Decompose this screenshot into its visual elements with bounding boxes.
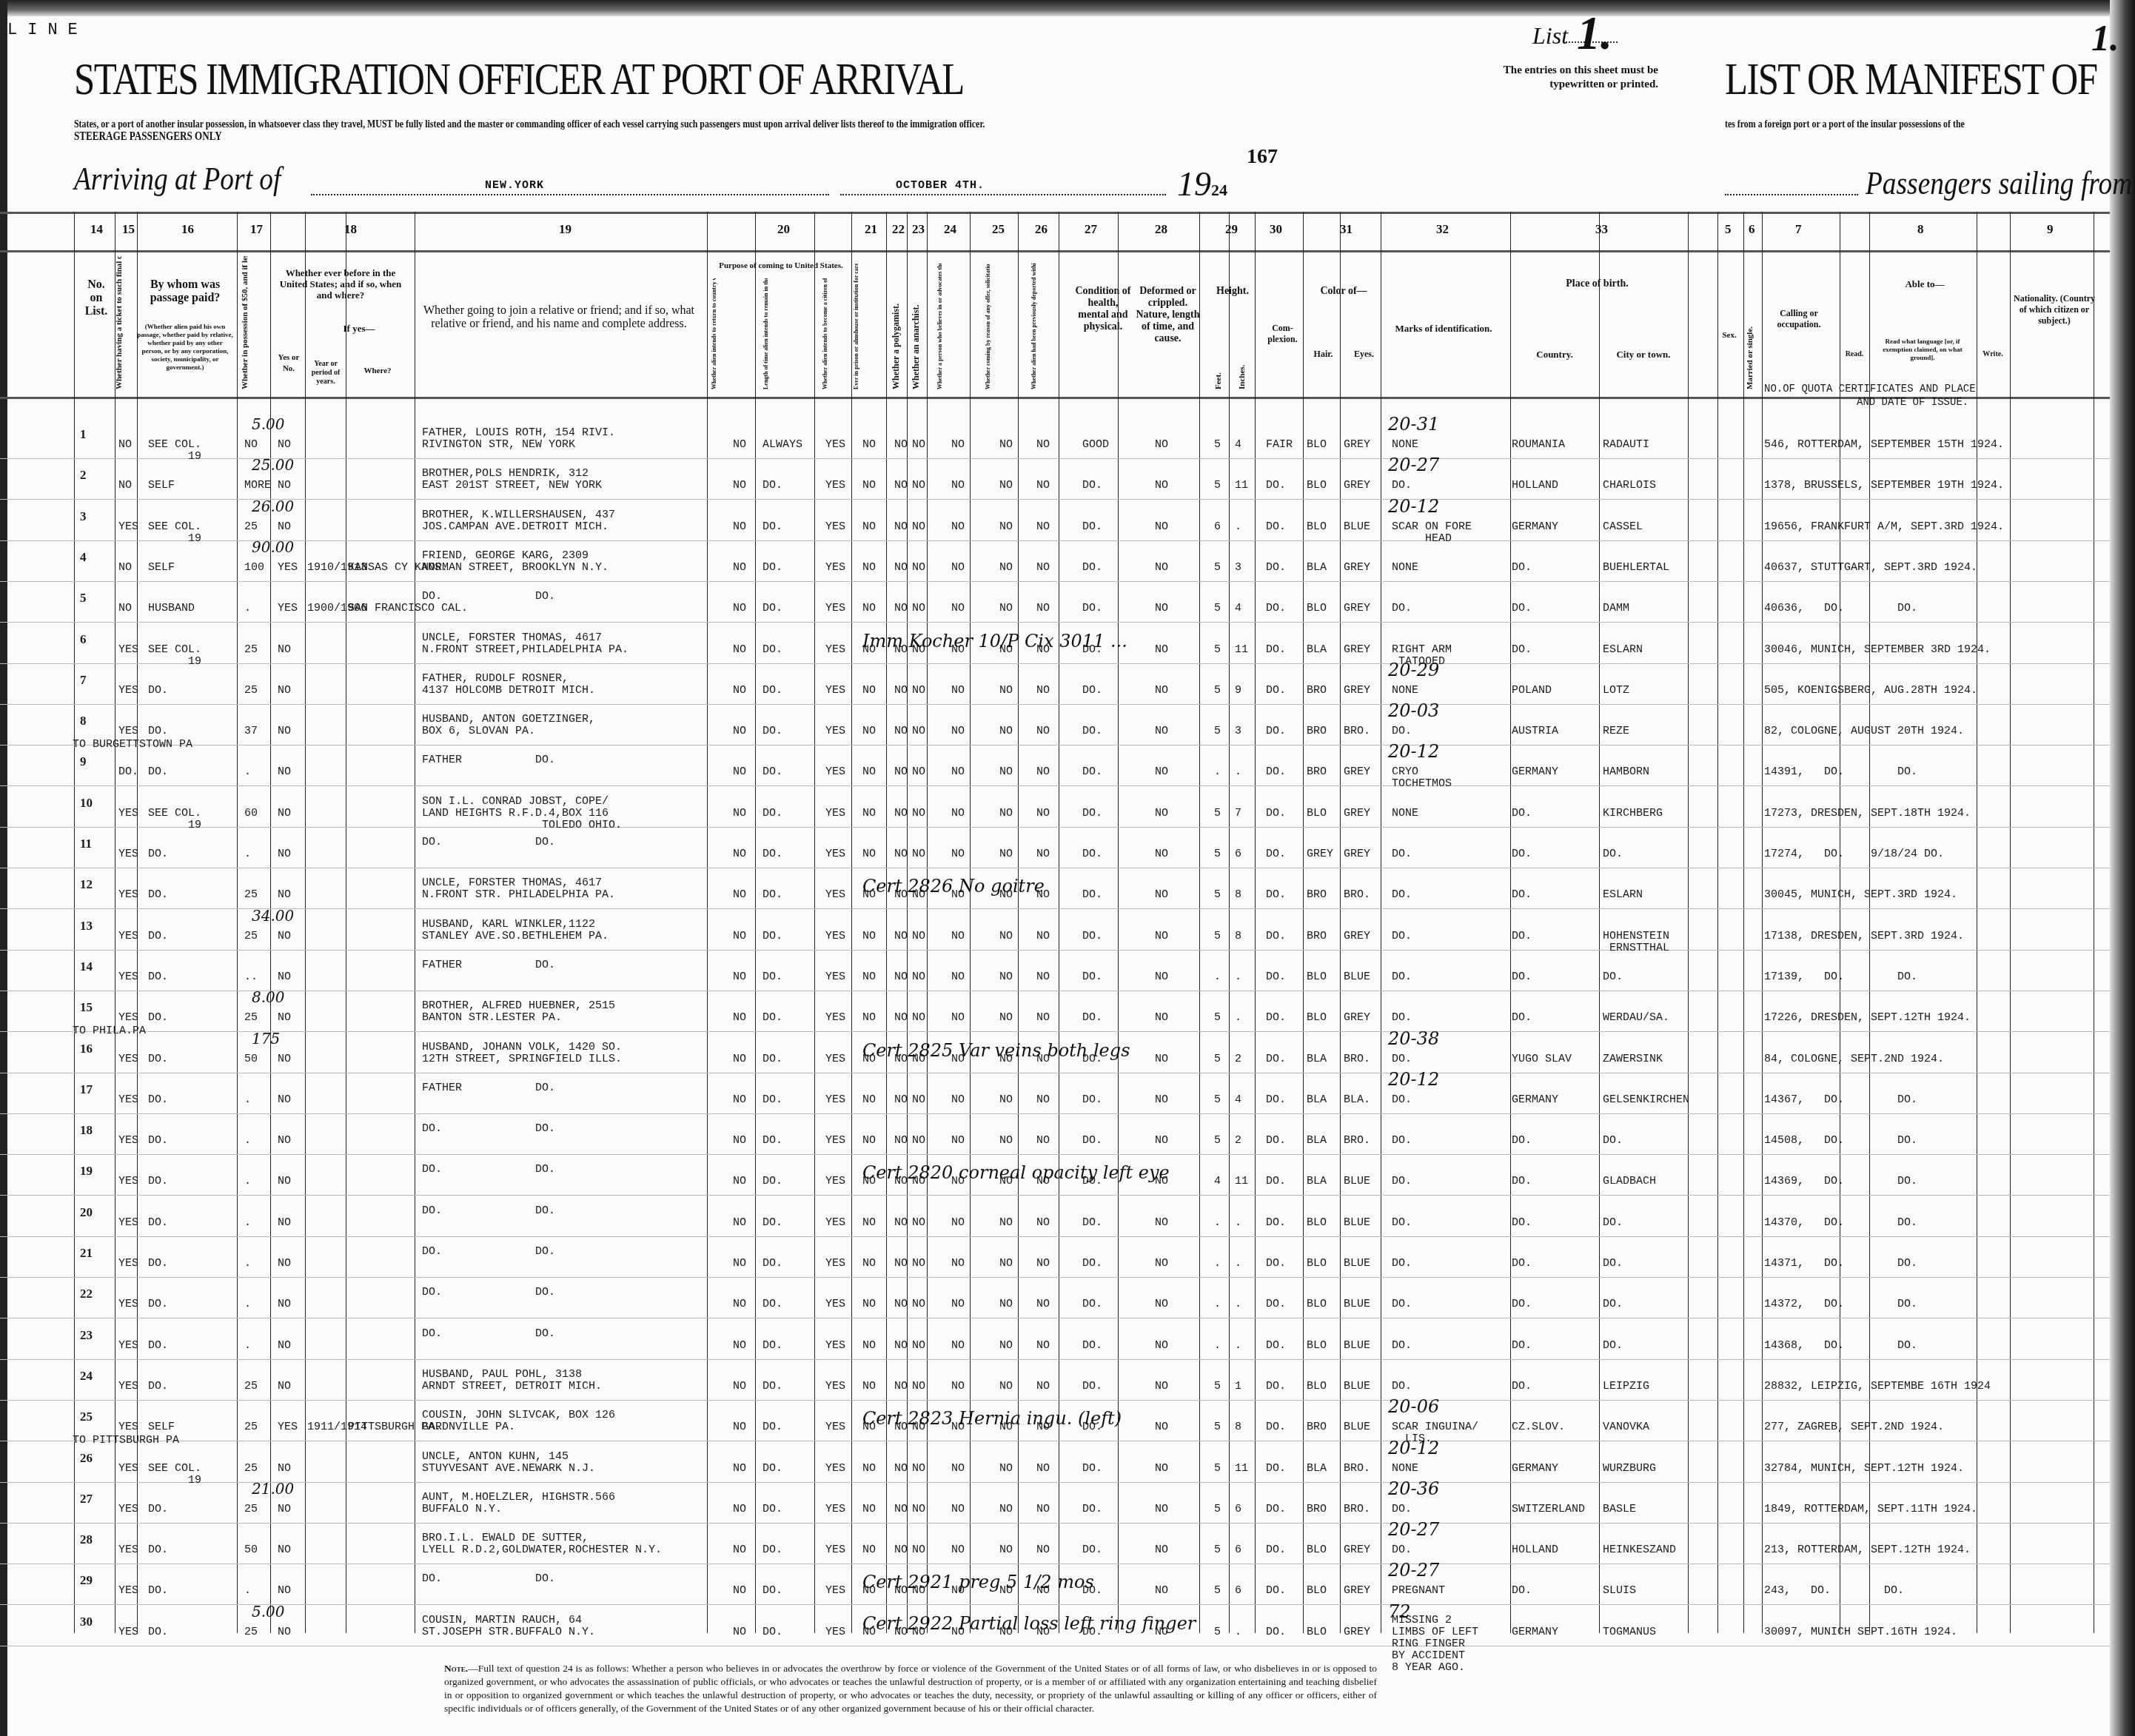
cell-c21: NO bbox=[862, 1258, 876, 1270]
cell-money: 60 bbox=[244, 808, 258, 820]
row-rule bbox=[0, 663, 2110, 664]
cell-city: DO. bbox=[1603, 1298, 1623, 1310]
cell-relative: UNCLE, ANTON KUHN, 145 STUYVESANT AVE.NE… bbox=[422, 1451, 595, 1475]
cell-ticket: YES bbox=[118, 1176, 138, 1187]
cell-quota: 84, COLOGNE, SEPT.2ND 1924. bbox=[1764, 1053, 1944, 1065]
column-number: 24 bbox=[944, 222, 956, 237]
cell-health: DO. bbox=[1082, 1504, 1102, 1515]
cell-c24: NO bbox=[951, 848, 965, 860]
cell-c21: NO bbox=[862, 685, 876, 697]
cell-ticket: YES bbox=[118, 971, 138, 983]
header-col24: Whether a person who believes in or advo… bbox=[936, 264, 966, 389]
cell-c22: NO bbox=[894, 603, 908, 614]
cell-c23: NO bbox=[912, 766, 925, 778]
cell-c24: NO bbox=[951, 1381, 965, 1393]
cell-in: 4 bbox=[1235, 603, 1241, 614]
cell-marks: DO. bbox=[1392, 1298, 1412, 1310]
cell-money: 25 bbox=[244, 521, 258, 533]
cell-c24: NO bbox=[951, 808, 965, 820]
cell-c20a: NO bbox=[733, 1217, 746, 1229]
cell-c20a: NO bbox=[733, 1258, 746, 1270]
cell-deformed: NO bbox=[1155, 644, 1168, 656]
cell-c20b: DO. bbox=[762, 1585, 782, 1597]
cell-ever: NO bbox=[278, 1626, 291, 1638]
cell-city: CASSEL bbox=[1603, 521, 1643, 533]
row-rule bbox=[0, 622, 2110, 623]
cell-c26: NO bbox=[1036, 1012, 1050, 1024]
header-by-whom-note: (Whether alien paid his own passage, whe… bbox=[137, 323, 233, 372]
column-number: 17 bbox=[250, 222, 263, 237]
cell-c20b: DO. bbox=[762, 1421, 782, 1433]
cell-ever: NO bbox=[278, 1298, 291, 1310]
table-row: 29YESDO..NODO. DO.NODO.YESNONONONONONODO… bbox=[0, 1569, 2110, 1609]
cell-relative: DO. DO. bbox=[422, 1328, 555, 1340]
cell-in: 11 bbox=[1235, 644, 1248, 656]
cell-marks: NONE bbox=[1392, 1463, 1418, 1475]
header-yes-no: Yes or No. bbox=[275, 352, 302, 375]
cell-eyes: BLUE bbox=[1344, 1217, 1370, 1229]
cell-c22: NO bbox=[894, 480, 908, 492]
cell-c20a: NO bbox=[733, 1544, 746, 1556]
cell-ft: 5 bbox=[1214, 1544, 1221, 1556]
header-no-on-list: No. on List. bbox=[81, 278, 111, 318]
header-col20a: Whether alien intends to return to count… bbox=[711, 278, 740, 389]
column-number: 23 bbox=[912, 222, 925, 237]
cell-quota: 1849, ROTTERDAM, SEPT.11TH 1924. bbox=[1764, 1504, 1977, 1515]
cell-country: GERMANY bbox=[1512, 521, 1558, 533]
cell-city: SLUIS bbox=[1603, 1585, 1636, 1597]
cell-hair: BRO bbox=[1307, 931, 1327, 942]
cell-c25: NO bbox=[999, 1381, 1013, 1393]
cell-complexion: DO. bbox=[1266, 1381, 1286, 1393]
cell-deformed: NO bbox=[1155, 685, 1168, 697]
column-number: 27 bbox=[1085, 222, 1097, 237]
cell-quota: 30046, MUNICH, SEPTEMBER 3RD 1924. bbox=[1764, 644, 1991, 656]
cell-marks: NONE bbox=[1392, 439, 1418, 451]
column-number: 15 bbox=[122, 222, 135, 237]
header-col21: Ever in prison or almshouse or instituti… bbox=[853, 264, 875, 389]
cell-c22: NO bbox=[894, 562, 908, 574]
header-col26: Whether alien had been previously deport… bbox=[1030, 264, 1045, 389]
cell-health: DO. bbox=[1082, 1012, 1102, 1024]
row-number: 18 bbox=[80, 1125, 93, 1136]
cell-ticket: YES bbox=[118, 808, 138, 820]
cell-quota: 30097, MUNICH SEPT.16TH 1924. bbox=[1764, 1626, 1957, 1638]
cell-c23: NO bbox=[912, 1298, 925, 1310]
row-rule bbox=[0, 1523, 2110, 1524]
cell-c26: NO bbox=[1036, 931, 1050, 942]
cell-hair: BLO bbox=[1307, 1381, 1327, 1393]
cell-complexion: DO. bbox=[1266, 521, 1286, 533]
manifest-table: No. on List. Whether having a ticket to … bbox=[0, 212, 2110, 1633]
cell-c23: NO bbox=[912, 521, 925, 533]
cell-hair: BLA bbox=[1307, 562, 1327, 574]
cell-c20a: NO bbox=[733, 1012, 746, 1024]
cell-c23: NO bbox=[912, 1094, 925, 1106]
cell-c26: NO bbox=[1036, 725, 1050, 737]
cell-c26: NO bbox=[1036, 1381, 1050, 1393]
cell-ft: 4 bbox=[1214, 1176, 1221, 1187]
cell-country: DO. bbox=[1512, 971, 1532, 983]
cell-c26: NO bbox=[1036, 603, 1050, 614]
cell-relative: COUSIN, JOHN SLIVCAK, BOX 126 GARDNVILLE… bbox=[422, 1410, 615, 1433]
cell-hair: BRO bbox=[1307, 889, 1327, 901]
cell-money: . bbox=[244, 1135, 251, 1147]
table-row: 7YESDO.25NOFATHER, RUDOLF ROSNER, 4137 H… bbox=[0, 668, 2110, 709]
cell-marks: DO. bbox=[1392, 1504, 1412, 1515]
cell-deformed: NO bbox=[1155, 603, 1168, 614]
cell-country: DO. bbox=[1512, 644, 1532, 656]
handwritten-money: 25.00 bbox=[252, 456, 294, 474]
row-number: 10 bbox=[80, 797, 93, 809]
cell-country: GERMANY bbox=[1512, 1463, 1558, 1475]
cell-c20a: NO bbox=[733, 848, 746, 860]
cell-c20c: YES bbox=[825, 644, 845, 656]
cell-ever: NO bbox=[278, 1340, 291, 1352]
cell-country: POLAND bbox=[1512, 685, 1552, 697]
cell-hair: BLO bbox=[1307, 1544, 1327, 1556]
header-read-what: Read what language [or, if exemption cla… bbox=[1871, 338, 1974, 362]
cell-ever: NO bbox=[278, 1053, 291, 1065]
column-number: 14 bbox=[90, 222, 103, 237]
cell-deformed: NO bbox=[1155, 480, 1168, 492]
cell-c20a: NO bbox=[733, 971, 746, 983]
cell-marks: DO. bbox=[1392, 1176, 1412, 1187]
cell-c24: NO bbox=[951, 971, 965, 983]
cell-eyes: GREY bbox=[1344, 644, 1370, 656]
cell-deformed: NO bbox=[1155, 971, 1168, 983]
date-line bbox=[840, 194, 1166, 195]
cell-quota: 1378, BRUSSELS, SEPTEMBER 19TH 1924. bbox=[1764, 480, 2004, 492]
cell-money: 25 bbox=[244, 931, 258, 942]
cell-country: DO. bbox=[1512, 1217, 1532, 1229]
cell-hair: BLO bbox=[1307, 1217, 1327, 1229]
cell-in: 2 bbox=[1235, 1053, 1241, 1065]
cell-health: DO. bbox=[1082, 971, 1102, 983]
cell-c22: NO bbox=[894, 766, 908, 778]
cell-health: DO. bbox=[1082, 562, 1102, 574]
cell-deformed: NO bbox=[1155, 766, 1168, 778]
cell-hair: GREY bbox=[1307, 848, 1333, 860]
cell-c25: NO bbox=[999, 1135, 1013, 1147]
cell-complexion: DO. bbox=[1266, 1298, 1286, 1310]
cell-complexion: DO. bbox=[1266, 848, 1286, 860]
cell-c22: NO bbox=[894, 439, 908, 451]
cell-c21: NO bbox=[862, 1217, 876, 1229]
cell-country: DO. bbox=[1512, 931, 1532, 942]
cell-c23: NO bbox=[912, 480, 925, 492]
cell-ticket: YES bbox=[118, 1544, 138, 1556]
cell-country: DO. bbox=[1512, 1012, 1532, 1024]
cell-ticket: YES bbox=[118, 1504, 138, 1515]
cell-c22: NO bbox=[894, 971, 908, 983]
arriving-label: Arriving at Port of bbox=[74, 160, 281, 198]
scan-edge-right bbox=[2110, 0, 2135, 1736]
handwritten-mark-code: 20-12 bbox=[1388, 741, 1439, 762]
cell-eyes: BLUE bbox=[1344, 1340, 1370, 1352]
table-row: 25YESSELF25YES1911/1914PITTSBURGH PA.COU… bbox=[0, 1405, 2110, 1446]
column-number: 20 bbox=[777, 222, 790, 237]
row-rule bbox=[0, 1400, 2110, 1401]
cell-c20b: DO. bbox=[762, 971, 782, 983]
cell-in: . bbox=[1235, 1298, 1241, 1310]
cell-deformed: NO bbox=[1155, 1544, 1168, 1556]
cell-ft: . bbox=[1214, 1298, 1221, 1310]
cell-in: 1 bbox=[1235, 1381, 1241, 1393]
cell-c20b: DO. bbox=[762, 808, 782, 820]
cell-eyes: GREY bbox=[1344, 439, 1370, 451]
cell-ft: 5 bbox=[1214, 603, 1221, 614]
header-col20b: Length of time alien intends to remain i… bbox=[762, 278, 780, 389]
cell-quota: 82, COLOGNE, AUGUST 20TH 1924. bbox=[1764, 725, 1964, 737]
cell-complexion: DO. bbox=[1266, 685, 1286, 697]
cell-c20a: NO bbox=[733, 808, 746, 820]
cell-paid: DO. bbox=[148, 685, 168, 697]
cell-c20c: YES bbox=[825, 1135, 845, 1147]
row-number: 27 bbox=[80, 1493, 93, 1505]
cell-c25: NO bbox=[999, 848, 1013, 860]
handwritten-mark-code: 20-29 bbox=[1388, 660, 1439, 680]
cell-ever: NO bbox=[278, 1258, 291, 1270]
cell-eyes: GREY bbox=[1344, 603, 1370, 614]
cell-complexion: DO. bbox=[1266, 931, 1286, 942]
cell-c20b: DO. bbox=[762, 1544, 782, 1556]
cell-eyes: BRO. bbox=[1344, 1053, 1370, 1065]
cell-c20c: YES bbox=[825, 1626, 845, 1638]
cell-c20b: DO. bbox=[762, 1340, 782, 1352]
cell-in: 8 bbox=[1235, 889, 1241, 901]
column-number: 5 bbox=[1725, 222, 1732, 237]
cell-health: DO. bbox=[1082, 1258, 1102, 1270]
row-rule bbox=[0, 1441, 2110, 1441]
cell-hair: BLO bbox=[1307, 1258, 1327, 1270]
cell-country: DO. bbox=[1512, 1298, 1532, 1310]
row-number: 19 bbox=[80, 1165, 93, 1177]
handwritten-mark-code: 20-27 bbox=[1388, 455, 1439, 475]
cell-ever: NO bbox=[278, 521, 291, 533]
cell-eyes: BLUE bbox=[1344, 1298, 1370, 1310]
cell-health: DO. bbox=[1082, 603, 1102, 614]
cell-city: BUEHLERTAL bbox=[1603, 562, 1669, 574]
cell-c24: NO bbox=[951, 1094, 965, 1106]
cell-c23: NO bbox=[912, 1258, 925, 1270]
cell-c24: NO bbox=[951, 725, 965, 737]
cell-complexion: DO. bbox=[1266, 725, 1286, 737]
cell-relative: FATHER, LOUIS ROTH, 154 RIVI. RIVINGTON … bbox=[422, 427, 615, 451]
row-rule bbox=[0, 499, 2110, 500]
cell-paid: DO. bbox=[148, 1504, 168, 1515]
cell-c26: NO bbox=[1036, 766, 1050, 778]
cell-c21: NO bbox=[862, 1544, 876, 1556]
cell-complexion: DO. bbox=[1266, 1135, 1286, 1147]
cell-c25: NO bbox=[999, 562, 1013, 574]
cell-c23: NO bbox=[912, 1544, 925, 1556]
cell-city: CHARLOIS bbox=[1603, 480, 1656, 492]
cell-paid: DO. bbox=[148, 1135, 168, 1147]
cell-ft: 5 bbox=[1214, 889, 1221, 901]
header-eyes: Eyes. bbox=[1344, 349, 1384, 360]
sailing-label: Passengers sailing from bbox=[1866, 164, 2132, 202]
cell-ft: 5 bbox=[1214, 1585, 1221, 1597]
scan-edge-top bbox=[0, 0, 2135, 16]
cell-in: . bbox=[1235, 521, 1241, 533]
cell-paid: DO. bbox=[148, 725, 168, 737]
cell-ticket: YES bbox=[118, 1135, 138, 1147]
cell-health: GOOD bbox=[1082, 439, 1109, 451]
cell-in: 11 bbox=[1235, 1176, 1248, 1187]
cell-c24: NO bbox=[951, 439, 965, 451]
cell-c23: NO bbox=[912, 1340, 925, 1352]
cell-deformed: NO bbox=[1155, 1217, 1168, 1229]
cell-in: 4 bbox=[1235, 1094, 1241, 1106]
cell-money: 25 bbox=[244, 1421, 258, 1433]
cell-health: DO. bbox=[1082, 1381, 1102, 1393]
handwritten-medical-note: Imm Kocher 10/P Cix 3011 ... bbox=[862, 631, 1127, 651]
cell-complexion: DO. bbox=[1266, 480, 1286, 492]
cell-c22: NO bbox=[894, 1217, 908, 1229]
cell-country: DO. bbox=[1512, 1381, 1532, 1393]
cell-money: .. bbox=[244, 971, 258, 983]
handwritten-money: 5.00 bbox=[252, 415, 285, 433]
cell-marks: DO. bbox=[1392, 971, 1412, 983]
cell-c25: NO bbox=[999, 439, 1013, 451]
cell-ever: YES bbox=[278, 1421, 298, 1433]
row-number: 29 bbox=[80, 1575, 93, 1586]
cell-c26: NO bbox=[1036, 480, 1050, 492]
cell-c24: NO bbox=[951, 562, 965, 574]
list-label: List bbox=[1532, 22, 1568, 50]
header-complexion: Com- plexion. bbox=[1262, 323, 1303, 345]
cell-complexion: DO. bbox=[1266, 1504, 1286, 1515]
cell-c26: NO bbox=[1036, 1258, 1050, 1270]
cell-paid: DO. bbox=[148, 931, 168, 942]
cell-relative: BROTHER, K.WILLERSHAUSEN, 437 JOS.CAMPAN… bbox=[422, 509, 615, 533]
cell-eyes: GREY bbox=[1344, 1012, 1370, 1024]
handwritten-mark-code: 20-38 bbox=[1388, 1028, 1439, 1049]
table-row: 3YESSEE COL. 1925NOBROTHER, K.WILLERSHAU… bbox=[0, 505, 2110, 546]
cell-country: DO. bbox=[1512, 603, 1532, 614]
cell-c21: NO bbox=[862, 439, 876, 451]
cell-c21: NO bbox=[862, 725, 876, 737]
handwritten-mark-code: 20-31 bbox=[1388, 414, 1439, 435]
cell-complexion: DO. bbox=[1266, 889, 1286, 901]
cell-c20b: DO. bbox=[762, 1258, 782, 1270]
header-condition: Condition of health, mental and physical… bbox=[1073, 286, 1133, 333]
cell-ft: . bbox=[1214, 1258, 1221, 1270]
cell-relative: DO. DO. bbox=[422, 1164, 555, 1176]
cell-city: DO. bbox=[1603, 848, 1623, 860]
cell-c23: NO bbox=[912, 439, 925, 451]
row-number: 16 bbox=[80, 1043, 93, 1055]
cell-c20b: DO. bbox=[762, 1463, 782, 1475]
cell-c24: NO bbox=[951, 521, 965, 533]
cell-ever: NO bbox=[278, 1381, 291, 1393]
cell-deformed: NO bbox=[1155, 808, 1168, 820]
row-number: 13 bbox=[80, 920, 93, 932]
cell-ft: 5 bbox=[1214, 439, 1221, 451]
cell-c20c: YES bbox=[825, 603, 845, 614]
cell-city: TOGMANUS bbox=[1603, 1626, 1656, 1638]
cell-c26: NO bbox=[1036, 439, 1050, 451]
column-number: 31 bbox=[1340, 222, 1353, 237]
cell-c25: NO bbox=[999, 1094, 1013, 1106]
cell-paid: DO. bbox=[148, 1176, 168, 1187]
cell-c24: NO bbox=[951, 931, 965, 942]
cell-c20c: YES bbox=[825, 1258, 845, 1270]
footnote: Note.—Full text of question 24 is as fol… bbox=[444, 1662, 1377, 1715]
cell-c20c: YES bbox=[825, 1585, 845, 1597]
cell-health: DO. bbox=[1082, 1135, 1102, 1147]
cell-country: DO. bbox=[1512, 562, 1532, 574]
cell-hair: BLA bbox=[1307, 1053, 1327, 1065]
cell-city: DO. bbox=[1603, 1340, 1623, 1352]
cell-money: . bbox=[244, 1217, 251, 1229]
cell-country: DO. bbox=[1512, 1176, 1532, 1187]
cell-in: 9 bbox=[1235, 685, 1241, 697]
cell-c24: NO bbox=[951, 1298, 965, 1310]
cell-country: DO. bbox=[1512, 1340, 1532, 1352]
cell-c21: NO bbox=[862, 1340, 876, 1352]
cell-marks: NONE bbox=[1392, 808, 1418, 820]
cell-c20a: NO bbox=[733, 1176, 746, 1187]
row-rule bbox=[0, 1236, 2110, 1237]
cell-quota: 14371, DO. DO. bbox=[1764, 1258, 1917, 1270]
cell-marks: CRYO TOCHETMOS bbox=[1392, 766, 1452, 790]
cell-country: GERMANY bbox=[1512, 1626, 1558, 1638]
cell-city: DO. bbox=[1603, 1217, 1623, 1229]
cell-ft: . bbox=[1214, 971, 1221, 983]
cell-ever: NO bbox=[278, 1463, 291, 1475]
cell-marks: DO. bbox=[1392, 931, 1412, 942]
cell-c20b: DO. bbox=[762, 766, 782, 778]
cell-city: HAMBORN bbox=[1603, 766, 1649, 778]
cell-c20a: NO bbox=[733, 644, 746, 656]
row-number: 5 bbox=[80, 592, 87, 604]
table-row: 26YESSEE COL. 1925NOUNCLE, ANTON KUHN, 1… bbox=[0, 1447, 2110, 1487]
cell-ticket: YES bbox=[118, 848, 138, 860]
cell-hair: BRO bbox=[1307, 766, 1327, 778]
cell-c22: NO bbox=[894, 1094, 908, 1106]
cell-money: 25 bbox=[244, 644, 258, 656]
subtitle-left: States, or a port of another insular pos… bbox=[74, 118, 985, 131]
table-row: 18YESDO..NODO. DO.NODO.YESNONONONONONODO… bbox=[0, 1119, 2110, 1159]
row-number: 12 bbox=[80, 879, 93, 891]
cell-relative: FATHER, RUDOLF ROSNER, 4137 HOLCOMB DETR… bbox=[422, 673, 595, 697]
cell-complexion: DO. bbox=[1266, 1176, 1286, 1187]
cell-country: DO. bbox=[1512, 1135, 1532, 1147]
cell-c24: NO bbox=[951, 1544, 965, 1556]
cell-c22: NO bbox=[894, 1504, 908, 1515]
cell-c22: NO bbox=[894, 725, 908, 737]
cell-quota: 213, ROTTERDAM, SEPT.12TH 1924. bbox=[1764, 1544, 1971, 1556]
list-number: 1. bbox=[1577, 6, 1612, 61]
cell-relative: AUNT, M.HOELZLER, HIGHSTR.566 BUFFALO N.… bbox=[422, 1492, 615, 1515]
table-row: 30YESDO.25NOCOUSIN, MARTIN RAUCH, 64 ST.… bbox=[0, 1610, 2110, 1651]
handwritten-money: 175 bbox=[252, 1030, 280, 1048]
cell-complexion: DO. bbox=[1266, 603, 1286, 614]
cell-c20c: YES bbox=[825, 808, 845, 820]
cell-c20b: DO. bbox=[762, 521, 782, 533]
manifest-page: LINE STATES IMMIGRATION OFFICER AT PORT … bbox=[0, 0, 2135, 1736]
cell-c24: NO bbox=[951, 1217, 965, 1229]
row-number: 8 bbox=[80, 715, 87, 727]
cell-c23: NO bbox=[912, 848, 925, 860]
cell-complexion: DO. bbox=[1266, 1463, 1286, 1475]
cell-marks: DO. bbox=[1392, 848, 1412, 860]
colnum-rule bbox=[0, 250, 2110, 252]
row-rule bbox=[0, 950, 2110, 951]
page-title-left: STATES IMMIGRATION OFFICER AT PORT OF AR… bbox=[74, 53, 964, 106]
